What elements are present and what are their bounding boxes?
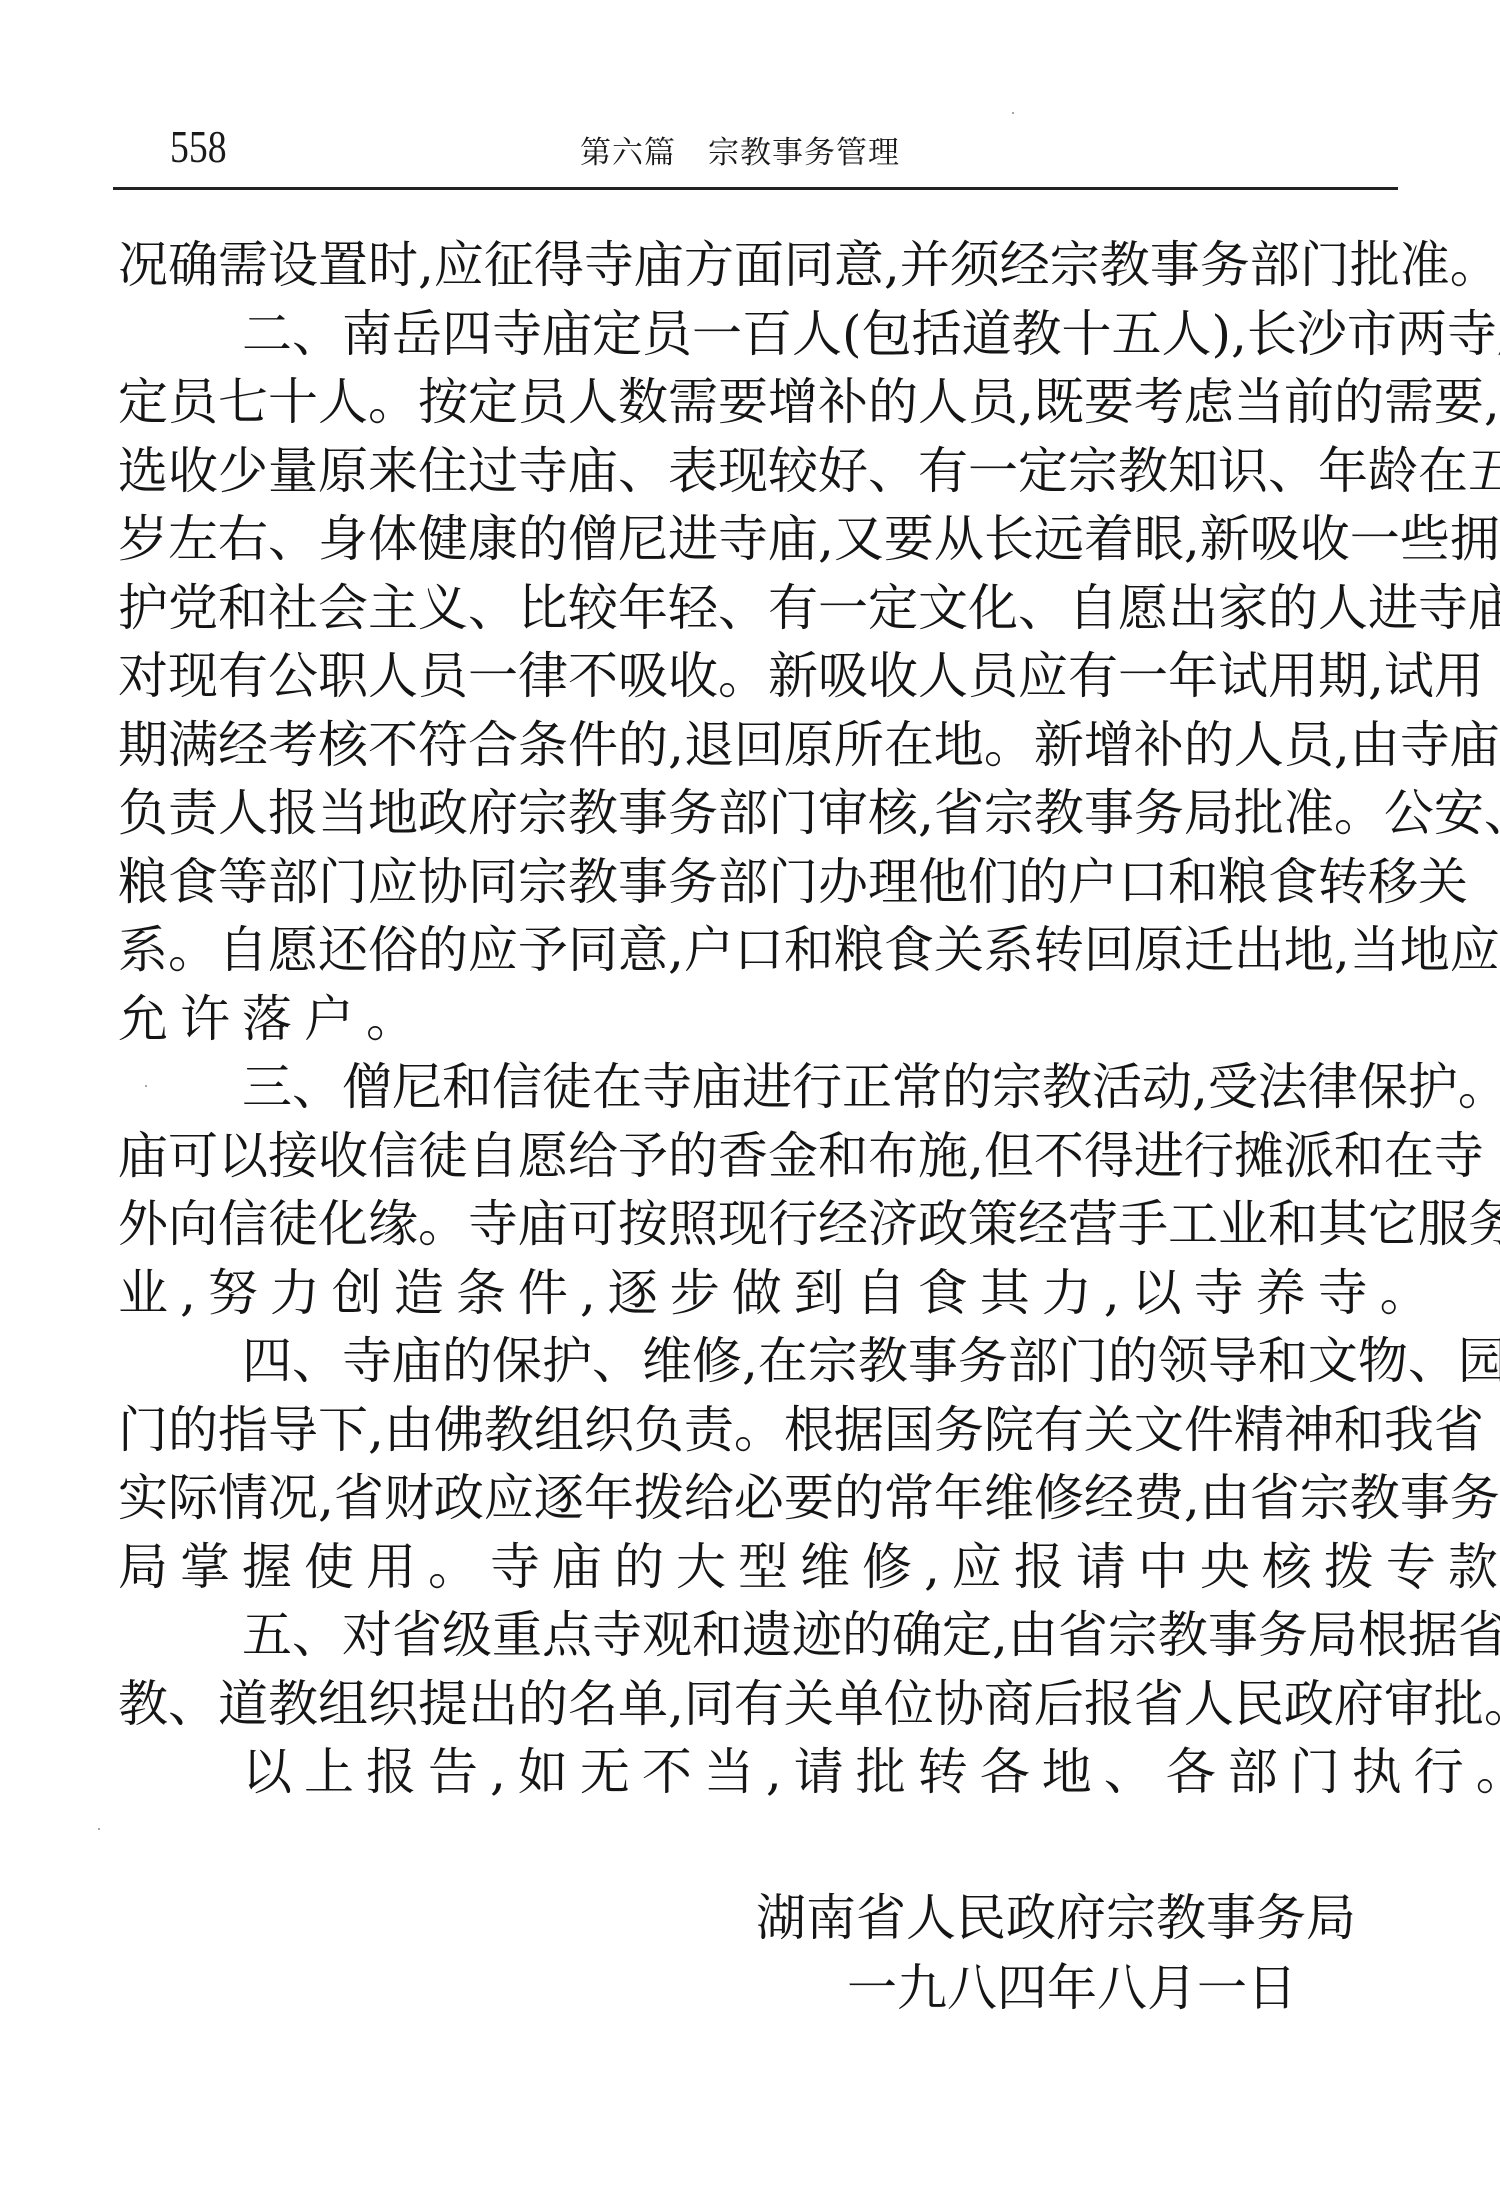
document-date: 一九八四年八月一日 <box>847 1960 1247 2016</box>
body-line: 定员七十人。按定员人数需要增补的人员,既要考虑当前的需要, <box>118 368 1395 437</box>
body-line: 门的指导下,由佛教组织负责。根据国务院有关文件精神和我省 <box>118 1396 1395 1465</box>
body-line: 允许落户。 <box>118 985 1395 1054</box>
body-line: 外向信徒化缘。寺庙可按照现行经济政策经营手工业和其它服务 <box>118 1190 1395 1259</box>
body-line: 实际情况,省财政应逐年拨给必要的常年维修经费,由省宗教事务 <box>118 1464 1395 1533</box>
body-text: 况确需设置时,应征得寺庙方面同意,并须经宗教事务部门批准。 二、南岳四寺庙定员一… <box>118 231 1395 1807</box>
body-line: 选收少量原来住过寺庙、表现较好、有一定宗教知识、年龄在五十 <box>118 437 1395 506</box>
body-line: 粮食等部门应协同宗教事务部门办理他们的户口和粮食转移关 <box>118 848 1395 917</box>
body-line: 三、僧尼和信徒在寺庙进行正常的宗教活动,受法律保护。寺 <box>118 1053 1395 1122</box>
page-number: 558 <box>170 124 227 170</box>
body-line: 护党和社会主义、比较年轻、有一定文化、自愿出家的人进寺庙。 <box>118 574 1395 643</box>
body-line: 况确需设置时,应征得寺庙方面同意,并须经宗教事务部门批准。 <box>118 231 1395 300</box>
header-rule <box>113 187 1398 190</box>
body-line: 岁左右、身体健康的僧尼进寺庙,又要从长远着眼,新吸收一些拥 <box>118 505 1395 574</box>
scan-speck <box>98 1828 100 1830</box>
body-line: 对现有公职人员一律不吸收。新吸收人员应有一年试用期,试用 <box>118 642 1395 711</box>
body-line: 二、南岳四寺庙定员一百人(包括道教十五人),长沙市两寺庙 <box>118 300 1395 369</box>
body-line: 期满经考核不符合条件的,退回原所在地。新增补的人员,由寺庙 <box>118 711 1395 780</box>
body-line: 教、道教组织提出的名单,同有关单位协商后报省人民政府审批。 <box>118 1670 1395 1739</box>
body-line: 系。自愿还俗的应予同意,户口和粮食关系转回原迁出地,当地应 <box>118 916 1395 985</box>
scan-speck <box>145 1085 147 1087</box>
body-line: 以上报告,如无不当,请批转各地、各部门执行。 <box>118 1738 1395 1807</box>
body-line: 业,努力创造条件,逐步做到自食其力,以寺养寺。 <box>118 1259 1395 1328</box>
body-line: 局掌握使用。寺庙的大型维修,应报请中央核拨专款。 <box>118 1533 1395 1602</box>
body-line: 五、对省级重点寺观和遗迹的确定,由省宗教事务局根据省佛 <box>118 1601 1395 1670</box>
body-line: 四、寺庙的保护、维修,在宗教事务部门的领导和文物、园林部 <box>118 1327 1395 1396</box>
running-title: 第六篇 宗教事务管理 <box>580 135 900 171</box>
signatory: 湖南省人民政府宗教事务局 <box>756 1890 1302 1946</box>
body-line: 负责人报当地政府宗教事务部门审核,省宗教事务局批准。公安、 <box>118 779 1395 848</box>
body-line: 庙可以接收信徒自愿给予的香金和布施,但不得进行摊派和在寺 <box>118 1122 1395 1191</box>
scan-speck <box>1012 112 1014 114</box>
